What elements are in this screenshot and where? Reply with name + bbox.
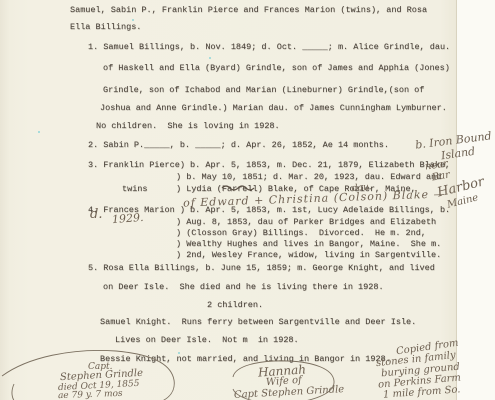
- typed-line-item5-1: 5. Rosa Ella Billings, b. June 15, 1859;…: [88, 263, 435, 273]
- typed-line-item1-2: of Haskell and Ella (Byard) Grindle, son…: [103, 63, 450, 73]
- typed-line-item4-5: ) 2nd, Wesley France, widow, living in S…: [176, 250, 441, 260]
- scanner-speck: [132, 19, 134, 21]
- typed-line-intro-2: Ella Billings.: [70, 22, 141, 32]
- typed-line-item1-4: Joshua and Anne Grindle.) Marian dau. of…: [100, 103, 447, 113]
- typed-line-bessie-knight: Bessie Knight, not married, and living i…: [100, 354, 391, 364]
- typed-line-item4-3: ) (Closson Gray) Billings. Divorced. He …: [176, 228, 426, 238]
- typed-line-item3-1: 3. Franklin Pierce) b. Apr. 5, 1853, m. …: [88, 160, 450, 170]
- typed-label-twins: twins: [122, 184, 148, 194]
- typed-line-2children: 2 children.: [207, 300, 263, 310]
- typed-line-item1-3: Grindle, son of Ichabod and Marian (Line…: [103, 85, 424, 95]
- typed-line-item1-5: No children. She is loving in 1928.: [96, 121, 280, 131]
- scanner-speck: [209, 57, 211, 59]
- typed-line-intro-1: Samuel, Sabin P., Franklin Pierce and Fr…: [70, 5, 427, 15]
- scanner-speck: [38, 131, 40, 133]
- typed-line-item1-1: 1. Samuel Billings, b. Nov. 1849; d. Oct…: [88, 42, 450, 52]
- typed-line-item3-2: ) b. May 10, 1851; d. Mar. 20, 1923, dau…: [176, 172, 441, 182]
- handwriting-capt-4: ae 79 y. 7 mos: [58, 390, 123, 400]
- scanner-speck: [178, 352, 180, 354]
- typed-line-lives-deer-isle: Lives on Deer Isle. Not m in 1928.: [115, 335, 299, 345]
- scanned-document-page: Samuel, Sabin P., Franklin Pierce and Fr…: [0, 0, 495, 400]
- typed-line-item5-2: on Deer Isle. She died and he is living …: [103, 282, 384, 292]
- typed-line-item2: 2. Sabin P._____, b. _____; d. Apr. 26, …: [88, 140, 389, 150]
- handwriting-died-abbrev: d.: [90, 208, 102, 221]
- typed-line-samuel-knight: Samuel Knight. Runs ferry between Sargen…: [100, 317, 416, 327]
- typed-line-item4-2: ) Aug. 8, 1853, dau of Parker Bridges an…: [176, 217, 436, 227]
- typed-line-item4-4: ) Wealthy Hughes and lives in Bangor, Ma…: [176, 239, 441, 249]
- handwriting-died-year: 1929.: [112, 212, 144, 225]
